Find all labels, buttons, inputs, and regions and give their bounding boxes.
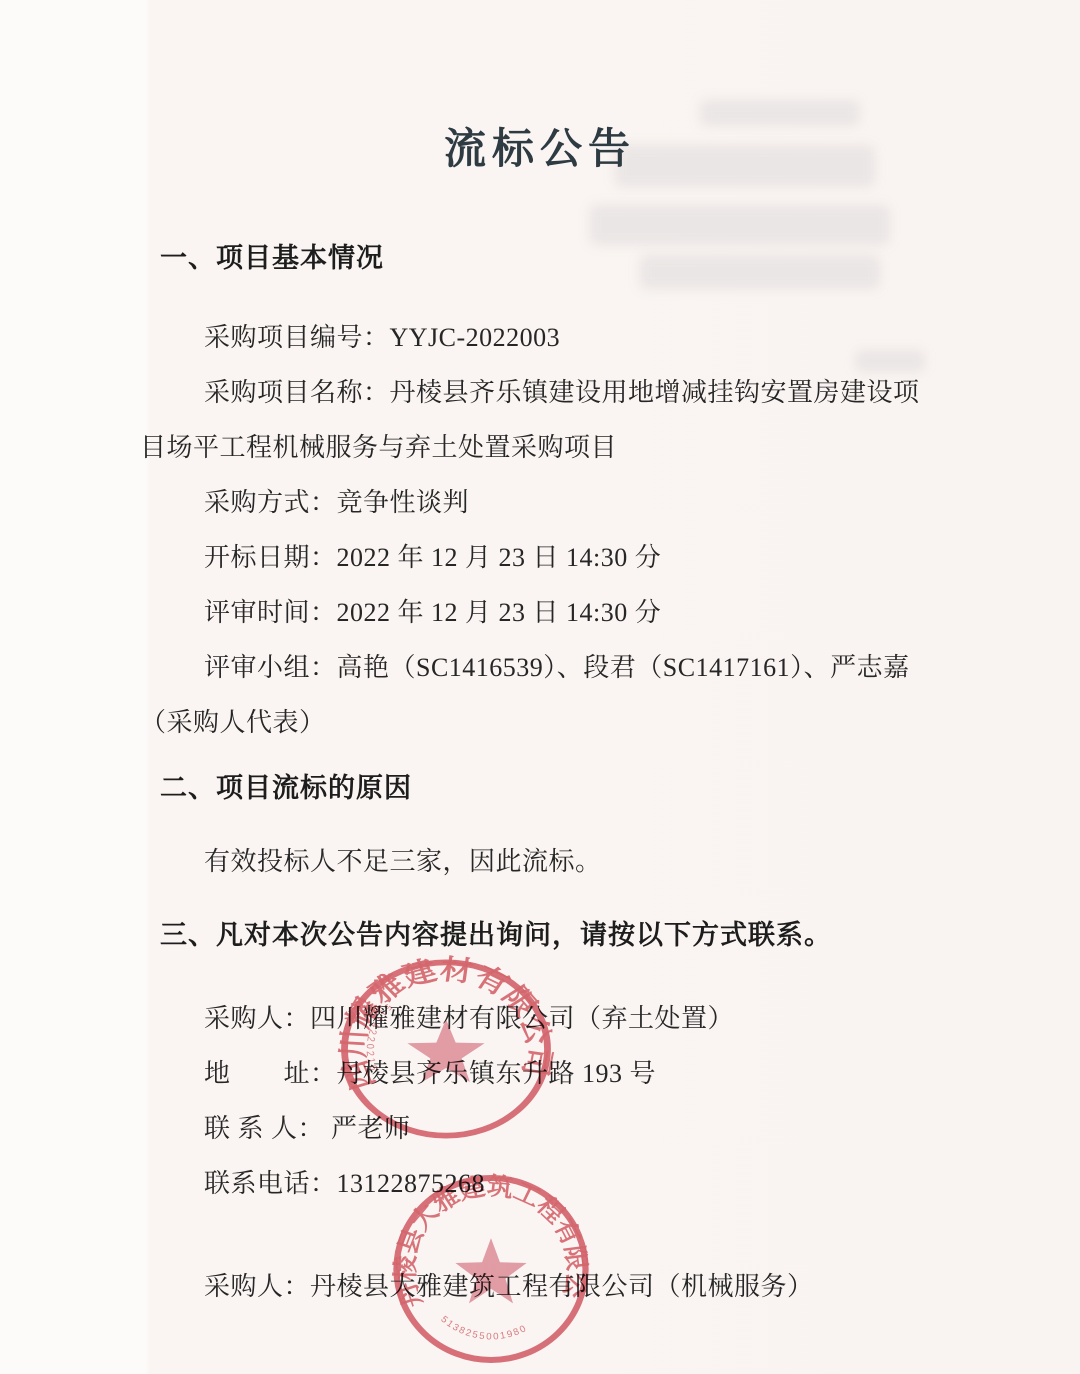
seal-serial-number: 5138255001980 — [438, 1314, 529, 1342]
scanned-document-page: 流标公告 一、项目基本情况 采购项目编号：YYJC-2022003 采购项目名称… — [0, 0, 1080, 1374]
page-title: 流标公告 — [140, 126, 940, 174]
field-project-number: 采购项目编号：YYJC-2022003 — [140, 310, 940, 365]
field-failure-reason: 有效投标人不足三家，因此流标。 — [140, 834, 940, 889]
field-open-date: 开标日期：2022 年 12 月 23 日 14:30 分 — [140, 530, 940, 585]
section3-heading: 三、凡对本次公告内容提出询问，请按以下方式联系。 — [140, 919, 940, 951]
field-review-panel: 评审小组：高艳（SC1416539）、段君（SC1417161）、严志嘉（采购人… — [140, 640, 940, 750]
field-project-name: 采购项目名称：丹棱县齐乐镇建设用地增减挂钩安置房建设项目场平工程机械服务与弃土处… — [140, 365, 940, 475]
section1-heading: 一、项目基本情况 — [140, 242, 940, 274]
field-address: 地 址：丹棱县齐乐镇东升路 193 号 — [140, 1046, 940, 1101]
field-purchaser-1: 采购人：四川耀雅建材有限公司（弃土处置） — [140, 991, 940, 1046]
field-purchaser-2: 采购人：丹棱县大雅建筑工程有限公司（机械服务） — [140, 1259, 940, 1314]
document-content: 流标公告 一、项目基本情况 采购项目编号：YYJC-2022003 采购项目名称… — [140, 0, 940, 1314]
field-procurement-method: 采购方式：竞争性谈判 — [140, 475, 940, 530]
field-review-time: 评审时间：2022 年 12 月 23 日 14:30 分 — [140, 585, 940, 640]
svg-text:5138255001980: 5138255001980 — [438, 1314, 529, 1342]
section2-heading: 二、项目流标的原因 — [140, 772, 940, 804]
field-contact-person: 联 系 人： 严老师 — [140, 1101, 940, 1156]
field-phone: 联系电话：13122875268 — [140, 1156, 940, 1211]
